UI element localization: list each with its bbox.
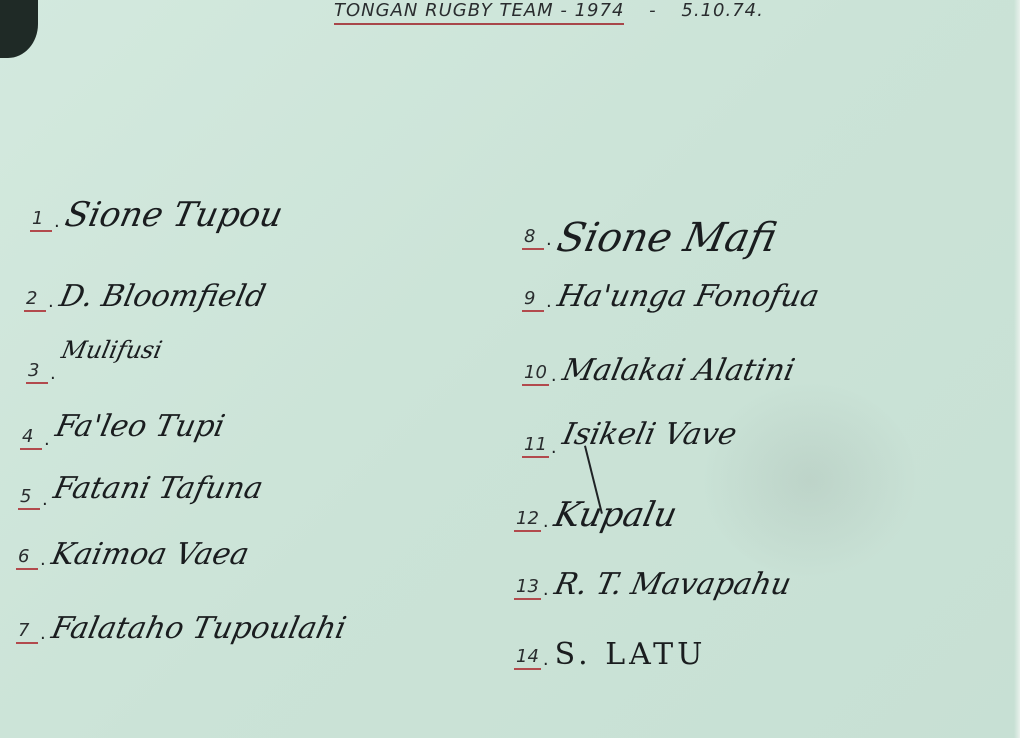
entry-number: 11 bbox=[522, 434, 549, 458]
entry-number: 13 bbox=[514, 576, 541, 600]
page-edge bbox=[1014, 0, 1020, 738]
page-header: TONGAN RUGBY TEAM - 1974 - 5.10.74. bbox=[334, 0, 764, 25]
signature-entry: 11. Isikeli Vave bbox=[522, 428, 736, 458]
page-title: TONGAN RUGBY TEAM - 1974 bbox=[334, 0, 624, 25]
signature: Fa'leo Tupi bbox=[53, 412, 227, 442]
entry-number: 4 bbox=[20, 426, 42, 450]
signature-entry: 2. D. Bloomfield bbox=[24, 282, 265, 312]
signature-entry: 14. S. LATU bbox=[514, 640, 706, 670]
entry-number: 2 bbox=[24, 288, 46, 312]
entry-dot: . bbox=[50, 363, 56, 384]
entry-number: 9 bbox=[522, 288, 544, 312]
signature-entry: 5. Fatani Tafuna bbox=[18, 480, 262, 510]
signature-entry: 3. Mulifusi bbox=[26, 360, 161, 384]
entry-dot: . bbox=[543, 579, 549, 600]
bleed-through-ink bbox=[700, 380, 920, 580]
entry-number: 7 bbox=[16, 620, 38, 644]
signature-entry: 8. Sione Mafi bbox=[522, 210, 776, 250]
entry-number: 12 bbox=[514, 508, 541, 532]
entry-dot: . bbox=[546, 229, 552, 250]
signature-entry: 4. Fa'leo Tupi bbox=[20, 420, 224, 450]
entry-dot: . bbox=[42, 489, 48, 510]
signature: Kaimoa Vaea bbox=[49, 540, 252, 570]
entry-number: 14 bbox=[514, 646, 541, 670]
signature: S. LATU bbox=[555, 640, 707, 670]
entry-dot: . bbox=[551, 365, 557, 386]
entry-dot: . bbox=[54, 211, 60, 232]
entry-number: 1 bbox=[30, 208, 52, 232]
signature: Isikeli Vave bbox=[559, 420, 738, 450]
entry-dot: . bbox=[543, 511, 549, 532]
signature-entry: 13. R. T. Mavapahu bbox=[514, 570, 790, 600]
header-date: 5.10.74. bbox=[681, 0, 763, 21]
entry-dot: . bbox=[40, 549, 46, 570]
signature: Ha'unga Fonofua bbox=[555, 282, 822, 312]
signature: Fatani Tafuna bbox=[51, 474, 266, 504]
signature: D. Bloomfield bbox=[57, 282, 268, 312]
entry-dot: . bbox=[551, 437, 557, 458]
corner-stain bbox=[0, 0, 38, 58]
signature: Falataho Tupoulahi bbox=[49, 614, 349, 644]
signature: R. T. Mavapahu bbox=[551, 570, 793, 600]
entry-dot: . bbox=[44, 429, 50, 450]
entry-dot: . bbox=[546, 291, 552, 312]
signature-entry: 10. Malakai Alatini bbox=[522, 356, 794, 386]
entry-number: 8 bbox=[522, 226, 544, 250]
signature-entry: 9. Ha'unga Fonofua bbox=[522, 282, 818, 312]
entry-dot: . bbox=[40, 623, 46, 644]
entry-number: 10 bbox=[522, 362, 549, 386]
signature: Sione Tupou bbox=[62, 198, 285, 232]
entry-number: 3 bbox=[26, 360, 48, 384]
signature-entry: 6. Kaimoa Vaea bbox=[16, 540, 248, 570]
signature: Mulifusi bbox=[59, 338, 164, 362]
entry-number: 6 bbox=[16, 546, 38, 570]
entry-dot: . bbox=[543, 649, 549, 670]
entry-number: 5 bbox=[18, 486, 40, 510]
signature-entry: 12. Kupalu bbox=[514, 498, 676, 532]
signature: Kupalu bbox=[551, 498, 680, 532]
signature: Sione Mafi bbox=[553, 218, 779, 258]
signature-entry: 1. Sione Tupou bbox=[30, 198, 282, 232]
header-separator: - bbox=[649, 0, 657, 21]
signature: Malakai Alatini bbox=[559, 356, 796, 386]
signature-entry: 7. Falataho Tupoulahi bbox=[16, 614, 345, 644]
autograph-page: TONGAN RUGBY TEAM - 1974 - 5.10.74. 1. S… bbox=[0, 0, 1020, 738]
entry-dot: . bbox=[48, 291, 54, 312]
